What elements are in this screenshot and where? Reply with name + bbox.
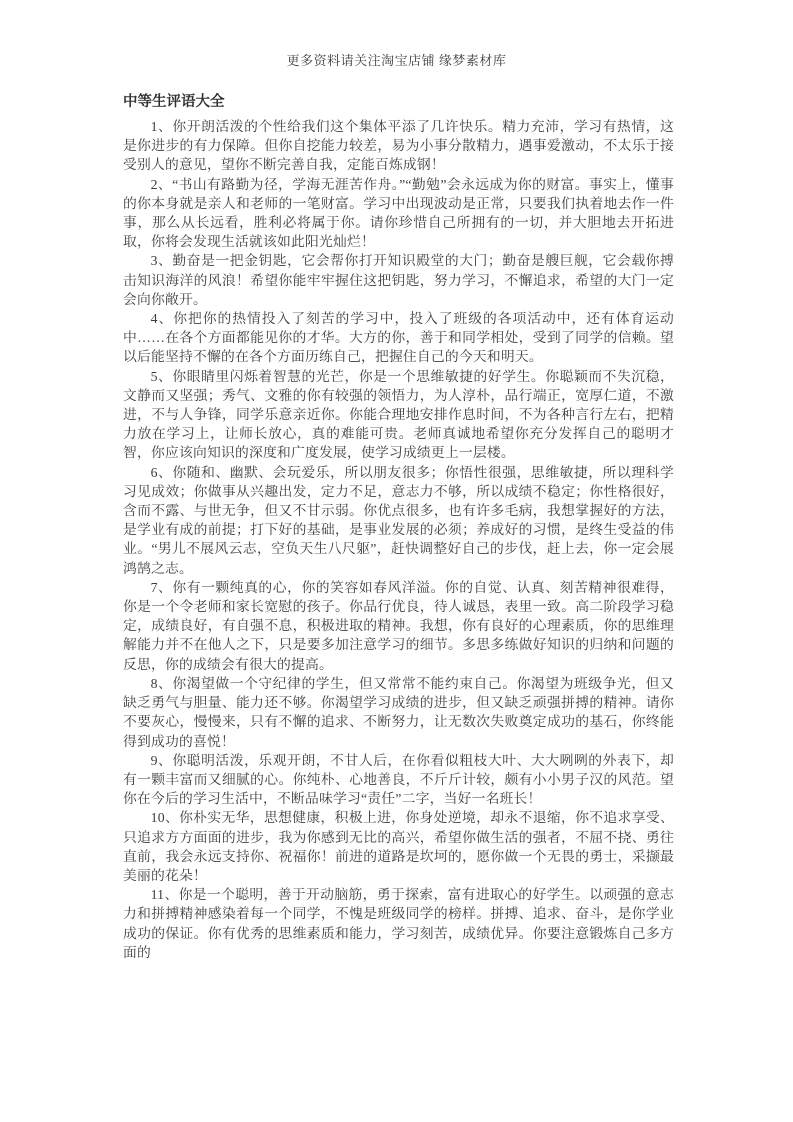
page-title: 中等生评语大全 xyxy=(123,93,674,112)
comment-paragraph-2: 2、“书山有路勤为径，学海无涯苦作舟。”“勤勉”会永远成为你的财富。事实上，懂事… xyxy=(123,175,674,252)
comment-paragraph-6: 6、你随和、幽默、会玩爱乐，所以朋友很多；你悟性很强，思维敏捷，所以理科学习见成… xyxy=(123,463,674,578)
comment-paragraph-8: 8、你渴望做一个守纪律的学生，但又常常不能约束自己。你渴望为班级争光，但又缺乏勇… xyxy=(123,674,674,751)
comment-paragraph-9: 9、你聪明活泼，乐观开朗，不甘人后，在你看似粗枝大叶、大大咧咧的外表下，却有一颗… xyxy=(123,751,674,809)
comment-paragraph-1: 1、你开朗活泼的个性给我们这个集体平添了几许快乐。精力充沛，学习有热情，这是你进… xyxy=(123,117,674,175)
comment-paragraph-3: 3、勤奋是一把金钥匙，它会帮你打开知识殿堂的大门；勤奋是艘巨舰，它会载你搏击知识… xyxy=(123,251,674,309)
comment-paragraph-5: 5、你眼睛里闪烁着智慧的光芒，你是一个思维敏捷的好学生。你聪颖而不失沉稳，文静而… xyxy=(123,367,674,463)
comment-paragraph-7: 7、你有一颗纯真的心，你的笑容如春风洋溢。你的自觉、认真、刻苦精神很难得，你是一… xyxy=(123,578,674,674)
document-body: 中等生评语大全 1、你开朗活泼的个性给我们这个集体平添了几许快乐。精力充沛，学习… xyxy=(123,93,674,962)
document-page: 更多资料请关注淘宝店铺 缘梦素材库 中等生评语大全 1、你开朗活泼的个性给我们这… xyxy=(0,0,793,1122)
comment-paragraph-4: 4、你把你的热情投入了刻苦的学习中，投入了班级的各项活动中，还有体育运动中……在… xyxy=(123,309,674,367)
comment-paragraph-11: 11、你是一个聪明，善于开动脑筋，勇于探索，富有进取心的好学生。以顽强的意志力和… xyxy=(123,885,674,962)
header-note: 更多资料请关注淘宝店铺 缘梦素材库 xyxy=(0,50,793,69)
comment-paragraph-10: 10、你朴实无华，思想健康，积极上进，你身处逆境，却永不退缩，你不追求享受、只追… xyxy=(123,808,674,885)
